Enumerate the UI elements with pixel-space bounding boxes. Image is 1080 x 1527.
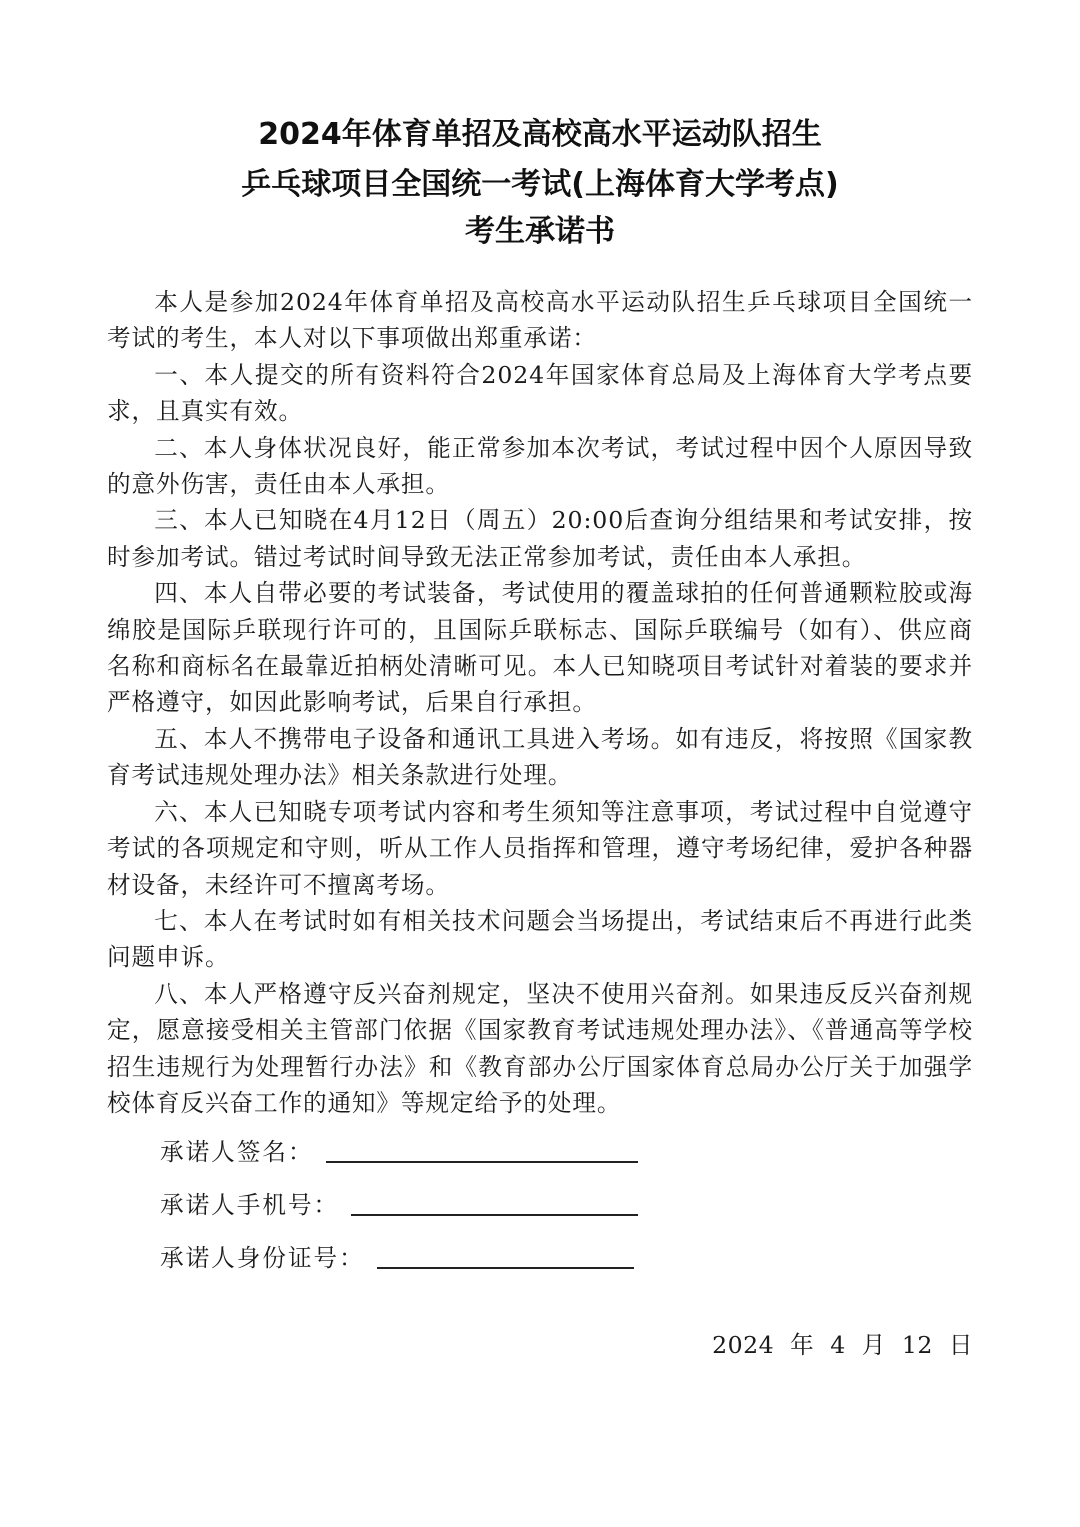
pledge-item-7: 七、本人在考试时如有相关技术问题会当场提出，考试结束后不再进行此类问题申诉。 [107, 903, 973, 976]
signature-label: 承诺人签名： [160, 1133, 314, 1167]
phone-field: 承诺人手机号： [160, 1186, 638, 1220]
pledge-item-6: 六、本人已知晓专项考试内容和考生须知等注意事项，考试过程中自觉遵守考试的各项规定… [107, 794, 973, 903]
phone-blank-line[interactable] [351, 1213, 638, 1216]
document-title-line-3: 考生承诺书 [0, 206, 1080, 250]
id-number-label: 承诺人身份证号： [160, 1239, 365, 1273]
id-number-blank-line[interactable] [377, 1266, 634, 1269]
intro-paragraph: 本人是参加2024年体育单招及高校高水平运动队招生乒乓球项目全国统一考试的考生，… [107, 284, 973, 357]
signature-field: 承诺人签名： [160, 1133, 638, 1167]
document-date: 2024 年 4 月 12 日 [712, 1326, 973, 1360]
id-number-field: 承诺人身份证号： [160, 1239, 634, 1273]
pledge-item-2: 二、本人身体状况良好，能正常参加本次考试，考试过程中因个人原因导致的意外伤害，责… [107, 430, 973, 503]
pledge-item-4: 四、本人自带必要的考试装备，考试使用的覆盖球拍的任何普通颗粒胶或海绵胶是国际乒联… [107, 575, 973, 721]
document-title-line-2: 乒乓球项目全国统一考试(上海体育大学考点) [0, 159, 1080, 203]
pledge-item-5: 五、本人不携带电子设备和通讯工具进入考场。如有违反，将按照《国家教育考试违规处理… [107, 721, 973, 794]
pledge-item-8: 八、本人严格遵守反兴奋剂规定，坚决不使用兴奋剂。如果违反反兴奋剂规定，愿意接受相… [107, 976, 973, 1122]
phone-label: 承诺人手机号： [160, 1186, 339, 1220]
signature-blank-line[interactable] [326, 1160, 638, 1163]
document-title-line-1: 2024年体育单招及高校高水平运动队招生 [0, 109, 1080, 153]
pledge-item-1: 一、本人提交的所有资料符合2024年国家体育总局及上海体育大学考点要求，且真实有… [107, 357, 973, 430]
pledge-item-3: 三、本人已知晓在4月12日（周五）20:00后查询分组结果和考试安排，按时参加考… [107, 502, 973, 575]
document-body: 本人是参加2024年体育单招及高校高水平运动队招生乒乓球项目全国统一考试的考生，… [107, 284, 973, 1121]
